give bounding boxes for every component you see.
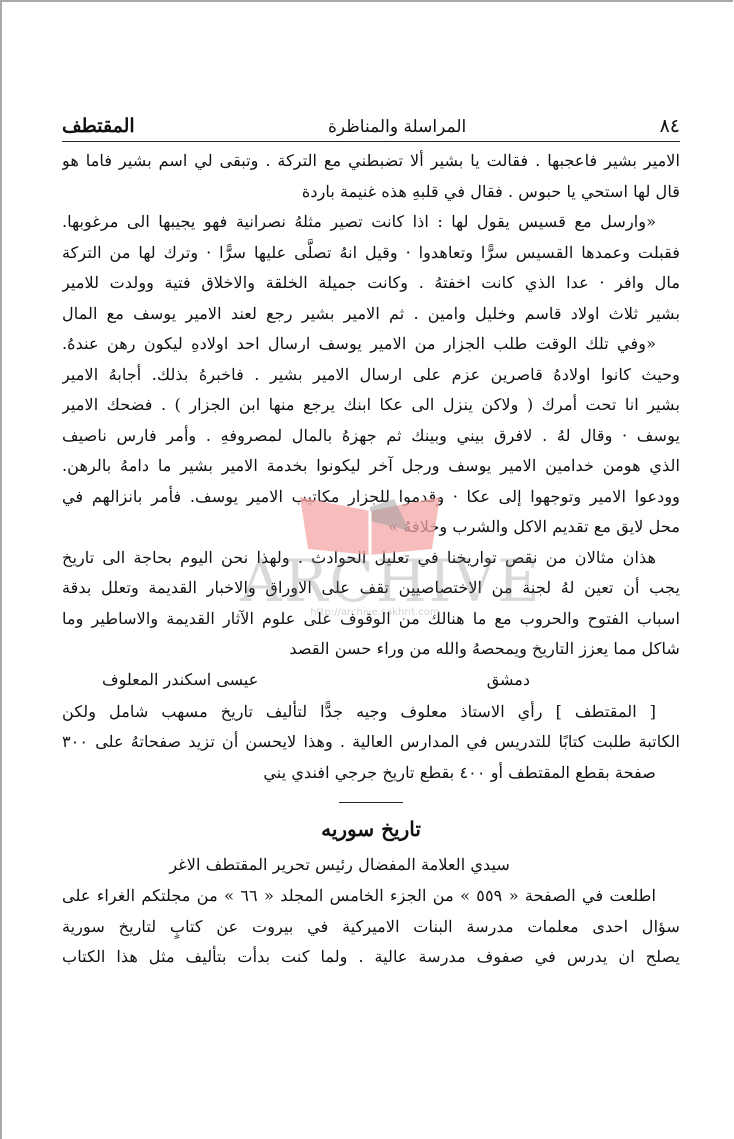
running-head: ٨٤ المراسلة والمناظرة المقتطف [62,112,680,142]
page-number: ٨٤ [660,115,680,137]
text-line: الامير بشير فاعجبها . فقالت يا بشير ألا … [62,146,680,177]
quote-line: بشير ثلاث اولاد قاسم وخليل وامين . ثم ال… [62,299,680,330]
section-title: تاريخ سوريه [62,809,680,849]
text-line: هذان مثالان من نقص تواريخنا في تعليل الح… [62,543,680,574]
quote-line: الذي هومن خدامين الامير يوسف ورجل آخر لي… [62,451,680,482]
quote-line: فقبلت وعمدها القسيس سرًّا وتعاهدوا · وقي… [62,238,680,269]
signature-place: دمشق [487,665,530,696]
journal-title: المقتطف [62,115,135,137]
quote-line: محل لايق مع تقديم الاكل والشرب وخلافهُ » [62,512,680,543]
signature-author: عيسى اسكندر المعلوف [102,665,258,696]
text-line: يصلح ان يدرس في صفوف مدرسة عالية . ولما … [62,942,680,973]
section-heading: المراسلة والمناظرة [328,117,466,137]
text-line: شاكل مما يعزز التاريخ ويمحصهُ والله من و… [62,634,680,665]
editor-note-line: [ المقتطف ] رأي الاستاذ معلوف وجيه جدًّا… [62,697,680,728]
quote-line: «وارسل مع قسيس يقول لها : اذا كانت تصير … [62,207,680,238]
signature: دمشق عيسى اسكندر المعلوف [62,665,680,697]
quote-line: بشير انا تحت أمرك ( ولاكن ينزل الى عكا ا… [62,390,680,421]
text-line: اسباب الفتوح والحروب مع ما هنالك من الوق… [62,604,680,635]
quote-line: وودعوا الامير وتوجهوا إلى عكا · وقدموا ل… [62,482,680,513]
quote-line: مال وافر · عدا الذي كانت اخفتهُ . وكانت … [62,268,680,299]
text-line: اطلعت في الصفحة « ٥٥٩ » من الجزء الخامس … [62,881,680,912]
editor-note-line: الكاتبة طلبت كتابًا للتدريس في المدارس ا… [62,727,680,758]
quote-line: «وفي تلك الوقت طلب الجزار من الامير يوسف… [62,329,680,360]
quote-line: وحيث كانوا اولادهُ قاصرين عزم على ارسال … [62,360,680,391]
text-line: سؤال احدى معلمات مدرسة البنات الاميركية … [62,912,680,943]
salutation: سيدي العلامة المفضال رئيس تحرير المقتطف … [62,849,680,881]
text-line: قال لها استحي يا حبوس . فقال في قلبهِ هذ… [62,177,680,208]
section-divider [339,802,403,803]
article-body: الامير بشير فاعجبها . فقالت يا بشير ألا … [62,146,680,973]
text-line: يجب أن تعين لهُ لجنة من الاختصاصيين تقف … [62,573,680,604]
quote-line: يوسف · وقال لهُ . لافرق بيني وبينك ثم جه… [62,421,680,452]
editor-note-line: صفحة بقطع المقتطف أو ٤٠٠ بقطع تاريخ جرجي… [62,758,680,789]
